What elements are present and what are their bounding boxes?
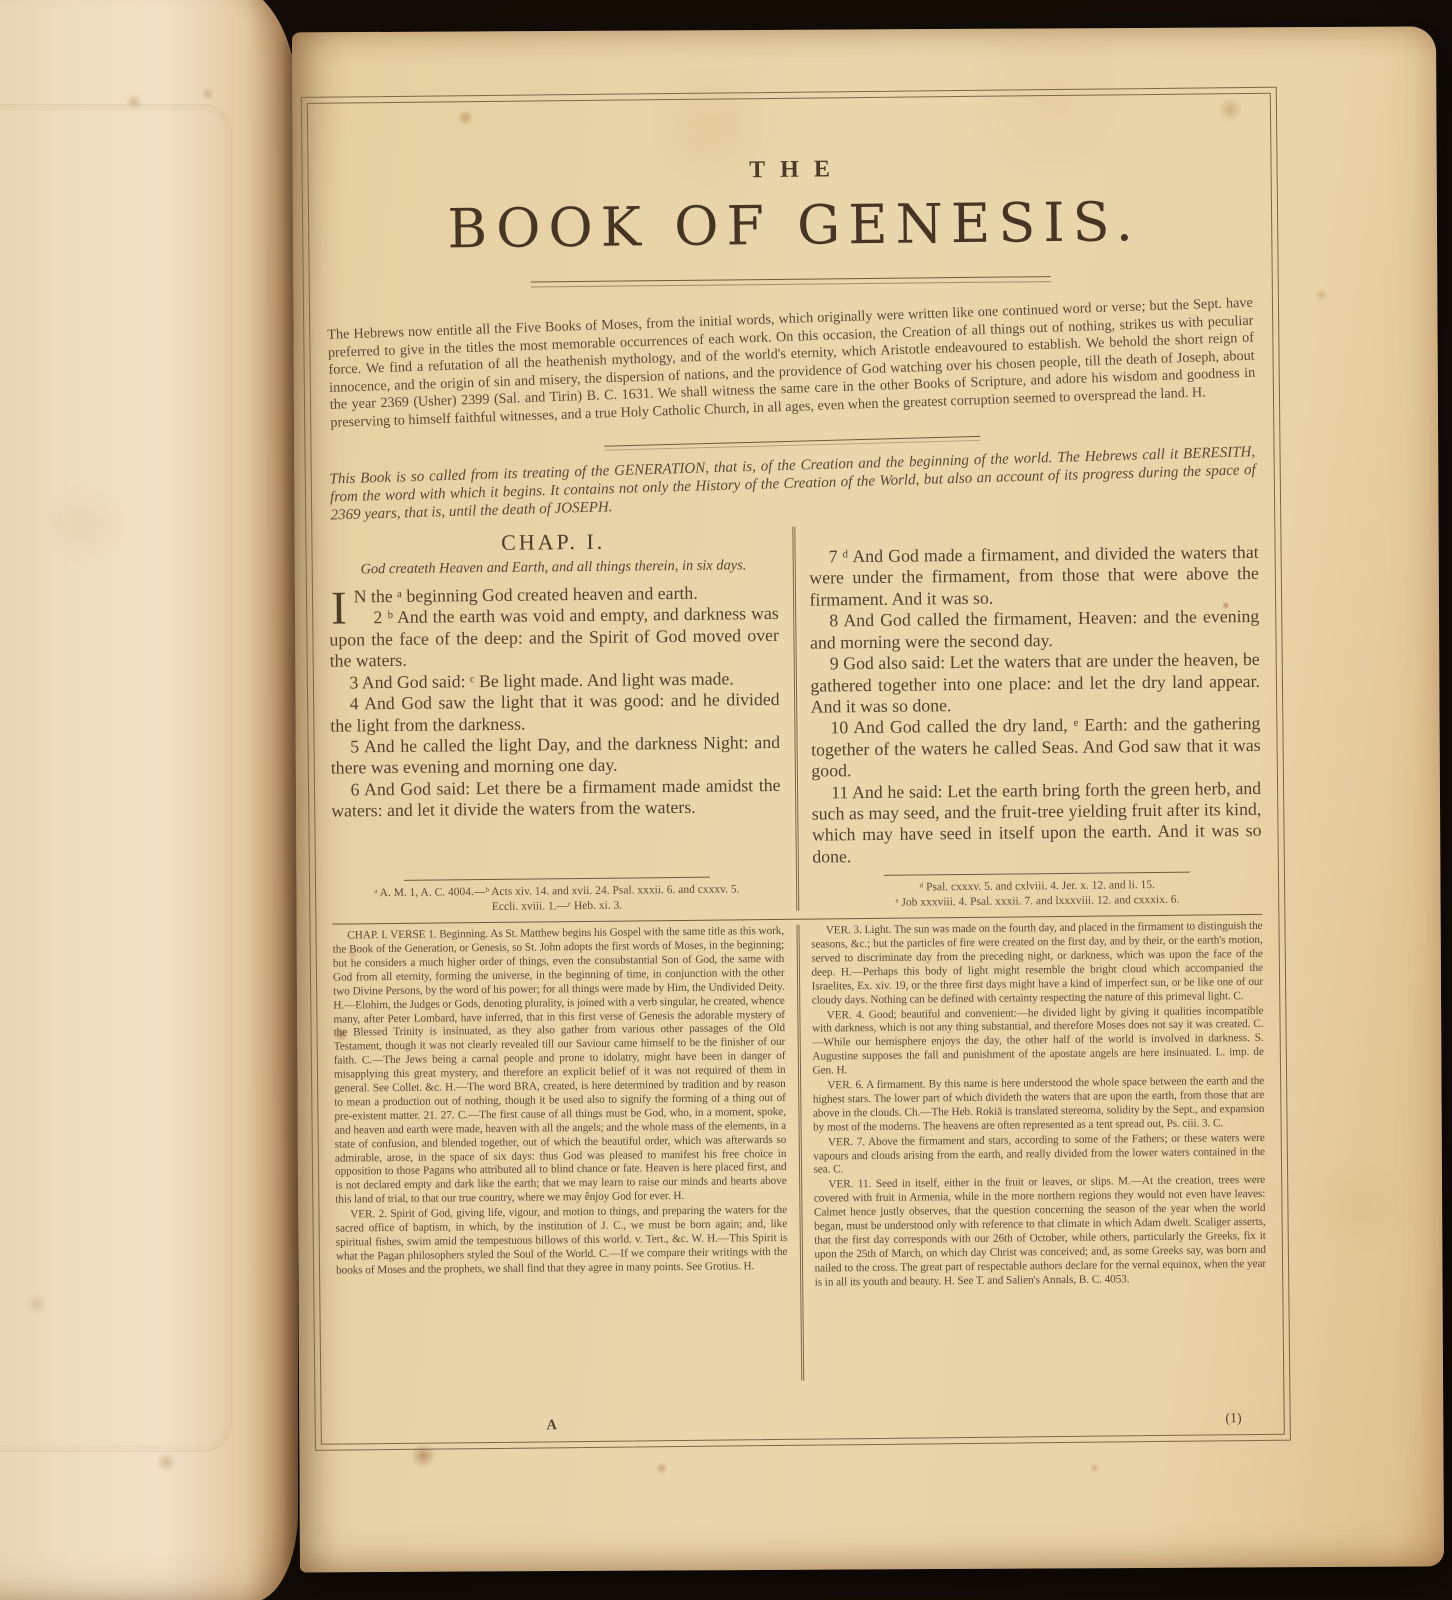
chapter-heading: CHAP. I.: [328, 527, 778, 558]
footnote-rule-left: [404, 877, 710, 881]
verse-1-block: I N the ᵃ beginning God created heaven a…: [329, 582, 779, 672]
facing-page-showthrough: [0, 104, 232, 1452]
printed-border: THE BOOK OF GENESIS. The Hebrews now ent…: [301, 87, 1291, 1451]
commentary-verse-4: VER. 4. Good; beautiful and convenient:—…: [812, 1004, 1264, 1078]
footnote-right: ᵈ Psal. cxxxv. 5. and cxlviii. 4. Jer. x…: [812, 867, 1262, 911]
commentary-verse-2: VER. 2. Spirit of God, giving life, vigo…: [335, 1204, 787, 1278]
section-divider-rule: [604, 435, 980, 449]
commentary-verse-3: VER. 3. Light. The sun was made on the f…: [811, 920, 1263, 1008]
book-title-kicker: THE: [324, 152, 1254, 189]
verse-text-2: 2 ᵇ And the earth was void and empty, an…: [329, 603, 779, 672]
commentary-column-right: VER. 3. Light. The sun was made on the f…: [796, 920, 1267, 1381]
verse-text-5: 5 And he called the light Day, and the d…: [330, 732, 780, 780]
page-number: (1): [782, 1411, 1284, 1432]
verse-text-7: 7 ᵈ And God made a firmament, and divide…: [809, 542, 1259, 611]
page-content: THE BOOK OF GENESIS. The Hebrews now ent…: [308, 94, 1284, 1444]
page-footer: A (1): [322, 1410, 1284, 1437]
commentary-column-left: CHAP. I. VERSE 1. Beginning. As St. Matt…: [332, 925, 800, 1386]
book-page: THE BOOK OF GENESIS. The Hebrews now ent…: [292, 26, 1444, 1572]
verse-text-8: 8 And God called the firmament, Heaven: …: [810, 606, 1260, 654]
printed-border-inner: THE BOOK OF GENESIS. The Hebrews now ent…: [307, 93, 1285, 1445]
commentary-verse-6: VER. 6. A firmament. By this name is her…: [813, 1075, 1265, 1135]
book-title: BOOK OF GENESIS.: [325, 189, 1256, 262]
verse-columns: CHAP. I. God createth Heaven and Earth, …: [328, 522, 1262, 916]
verse-column-right: 7 ᵈ And God made a firmament, and divide…: [792, 522, 1262, 911]
book-note-paragraph: This Book is so called from its treating…: [329, 443, 1256, 524]
verse-text-6: 6 And God said: Let there be a firmament…: [331, 775, 781, 823]
footnote-left: ᵃ A. M. 1, A. C. 4004.—ᵇ Acts xiv. 14. a…: [332, 872, 782, 916]
commentary-verse-11: VER. 11. Seed in itself, either in the f…: [814, 1174, 1267, 1290]
commentary-verse-7: VER. 7. Above the firmament and stars, a…: [813, 1132, 1265, 1178]
introduction-paragraph: The Hebrews now entitle all the Five Boo…: [327, 295, 1256, 433]
drop-cap-initial: I: [329, 586, 354, 627]
chapter-argument: God createth Heaven and Earth, and all t…: [329, 557, 779, 579]
title-divider-rule: [531, 276, 1051, 287]
book-photo-scene: THE BOOK OF GENESIS. The Hebrews now ent…: [0, 0, 1452, 1600]
verse-column-left: CHAP. I. God createth Heaven and Earth, …: [328, 527, 795, 916]
commentary-columns: CHAP. I. VERSE 1. Beginning. As St. Matt…: [332, 920, 1267, 1386]
verse-text-9: 9 God also said: Let the waters that are…: [810, 649, 1260, 718]
signature-mark: A: [322, 1415, 782, 1437]
facing-page: [0, 0, 298, 1600]
commentary-verse-1: CHAP. I. VERSE 1. Beginning. As St. Matt…: [332, 925, 786, 1208]
verse-text-10: 10 And God called the dry land, ᵉ Earth:…: [811, 713, 1261, 782]
verse-text-4: 4 And God saw the light that it was good…: [330, 689, 780, 737]
verse-text-11: 11 And he said: Let the earth bring fort…: [811, 777, 1261, 867]
footnote-rule-right: [884, 872, 1190, 876]
